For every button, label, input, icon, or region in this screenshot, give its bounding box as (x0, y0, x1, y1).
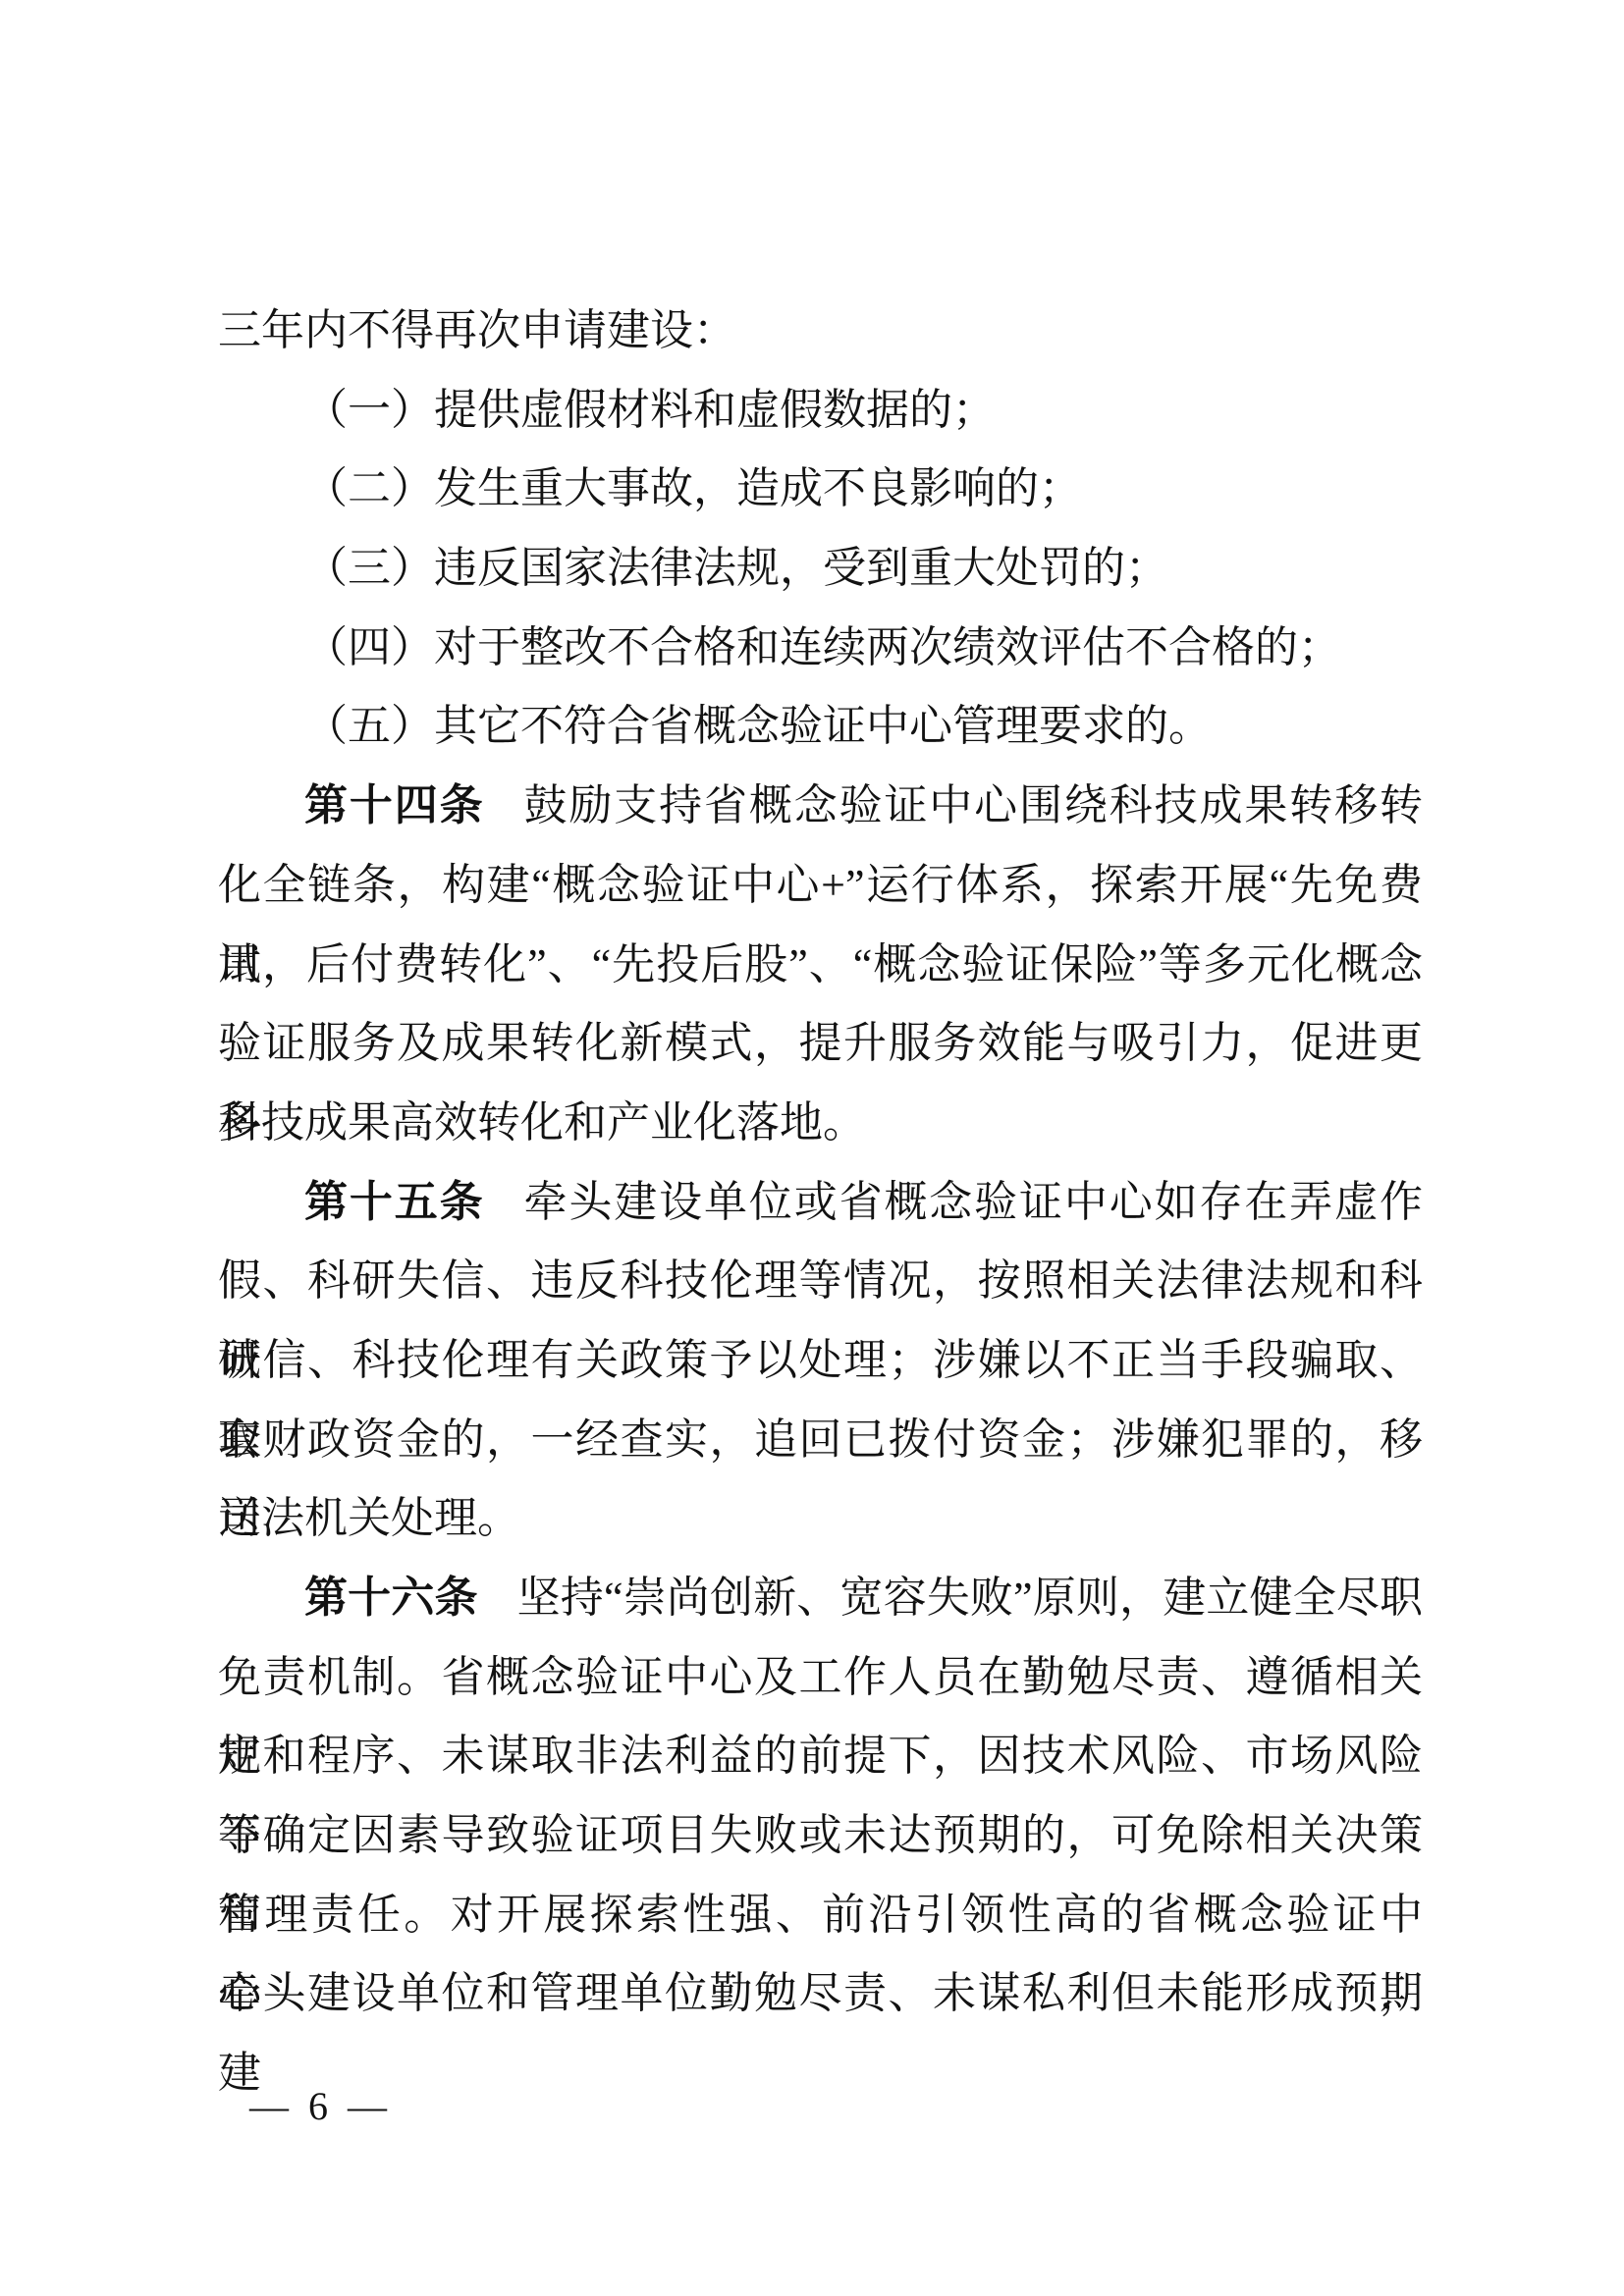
text-line: 定和程序、未谋取非法利益的前提下，因技术风险、市场风险等 (218, 1717, 1423, 1796)
text-line: 司法机关处理。 (218, 1479, 1423, 1559)
text-line: 取财政资金的，一经查实，追回已拨付资金；涉嫌犯罪的，移送 (218, 1401, 1423, 1480)
text-line: （二）发生重大事故，造成不良影响的； (218, 450, 1423, 529)
article-term: 第十四条 (304, 781, 484, 829)
text-line: （五）其它不符合省概念验证中心管理要求的。 (218, 687, 1423, 767)
article-text: 坚持“崇尚创新、宽容失败”原则，建立健全尽职 (517, 1574, 1423, 1622)
article-term: 第十五条 (304, 1178, 484, 1226)
article-text: 牵头建设单位或省概念验证中心如存在弄虚作 (523, 1178, 1423, 1226)
text-line: 第十四条鼓励支持省概念验证中心围绕科技成果转移转 (218, 767, 1423, 846)
text-line: 假、科研失信、违反科技伦理等情况，按照相关法律法规和科研 (218, 1242, 1423, 1321)
text-line: 三年内不得再次申请建设： (218, 292, 1423, 371)
text-line: 用，后付费转化”、“先投后股”、“概念验证保险”等多元化概念 (218, 926, 1423, 1005)
document-text-block: 三年内不得再次申请建设： （一）提供虚假材料和虚假数据的； （二）发生重大事故，… (218, 292, 1423, 2034)
text-line: 免责机制。省概念验证中心及工作人员在勤勉尽责、遵循相关规 (218, 1638, 1423, 1718)
text-line: 科技成果高效转化和产业化落地。 (218, 1084, 1423, 1163)
text-line: （四）对于整改不合格和连续两次绩效评估不合格的； (218, 609, 1423, 688)
text-line: 诚信、科技伦理有关政策予以处理；涉嫌以不正当手段骗取、套 (218, 1321, 1423, 1401)
text-line: 化全链条，构建“概念验证中心+”运行体系，探索开展“先免费试 (218, 846, 1423, 926)
text-line: （三）违反国家法律法规，受到重大处罚的； (218, 529, 1423, 609)
text-line: 不确定因素导致验证项目失败或未达预期的，可免除相关决策和 (218, 1796, 1423, 1876)
text-line: 第十六条坚持“崇尚创新、宽容失败”原则，建立健全尽职 (218, 1559, 1423, 1638)
text-line: 牵头建设单位和管理单位勤勉尽责、未谋私利但未能形成预期建 (218, 1954, 1423, 2034)
text-line: （一）提供虚假材料和虚假数据的； (218, 371, 1423, 451)
text-line: 管理责任。对开展探索性强、前沿引领性高的省概念验证中心， (218, 1876, 1423, 1955)
text-line: 验证服务及成果转化新模式，提升服务效能与吸引力，促进更多 (218, 1004, 1423, 1084)
text-line: 第十五条牵头建设单位或省概念验证中心如存在弄虚作 (218, 1163, 1423, 1243)
page-number: — 6 — (249, 2079, 392, 2134)
document-page: 三年内不得再次申请建设： （一）提供虚假材料和虚假数据的； （二）发生重大事故，… (0, 0, 1624, 2296)
article-text: 鼓励支持省概念验证中心围绕科技成果转移转 (523, 781, 1423, 829)
article-term: 第十六条 (304, 1574, 478, 1622)
